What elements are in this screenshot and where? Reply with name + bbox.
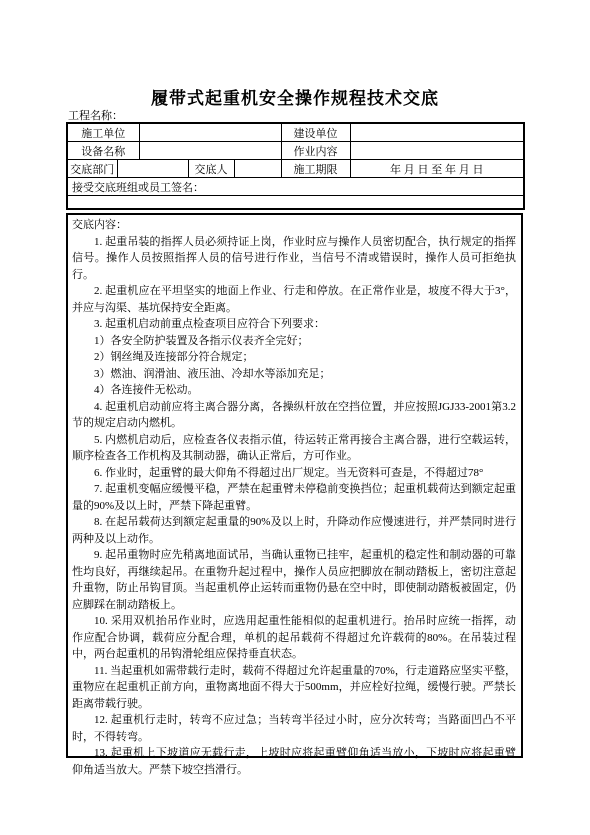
content-paragraph-10: 10. 采用双机抬吊作业时，应选用起重性能相似的起重机进行。抬吊时应统一指挥，动… xyxy=(72,613,516,663)
table-row xyxy=(67,196,524,210)
document-title: 履带式起重机安全操作规程技术交底 xyxy=(0,84,590,109)
signature-field[interactable] xyxy=(67,196,524,210)
disclosure-dept-field[interactable] xyxy=(117,160,188,178)
content-paragraph-6: 6. 作业时，起重臂的最大仰角不得超过出厂规定。当无资料可查是，不得超过78° xyxy=(72,465,516,482)
content-paragraph-1: 1. 起重吊装的指挥人员必须持证上岗，作业时应与操作人员密切配合，执行规定的指挥… xyxy=(72,234,516,284)
table-row: 设备名称 作业内容 xyxy=(67,142,524,160)
building-unit-field[interactable] xyxy=(350,123,524,142)
discloser-label: 交底人 xyxy=(188,160,234,178)
equipment-name-field[interactable] xyxy=(139,142,281,160)
construction-period-field[interactable]: 年 月 日 至 年 月 日 xyxy=(350,160,524,178)
content-paragraph-7: 7. 起重机变幅应缓慢平稳，严禁在起重臂未停稳前变换挡位；起重机载荷达到额定起重… xyxy=(72,481,516,514)
construction-unit-label: 施工单位 xyxy=(67,123,139,142)
discloser-field[interactable] xyxy=(234,160,281,178)
table-row: 交底部门 交底人 施工期限 年 月 日 至 年 月 日 xyxy=(67,160,524,178)
content-paragraph-2: 2. 起重机应在平坦坚实的地面上作业、行走和停放。在正常作业是，坡度不得大于3°… xyxy=(72,283,516,316)
work-content-field[interactable] xyxy=(350,142,524,160)
table-row: 施工单位 建设单位 xyxy=(67,123,524,142)
building-unit-label: 建设单位 xyxy=(281,123,350,142)
content-paragraph-4: 4. 起重机启动前应将主离合器分离，各操纵杆放在空挡位置，并应按照JGJ33-2… xyxy=(72,399,516,432)
signature-label: 接受交底班组或员工签名： xyxy=(67,178,524,196)
content-paragraph-8: 8. 在起吊载荷达到额定起重量的90%及以上时，升降动作应慢速进行，并严禁同时进… xyxy=(72,514,516,547)
disclosure-content-box: 交底内容： 1. 起重吊装的指挥人员必须持证上岗，作业时应与操作人员密切配合，执… xyxy=(66,213,523,758)
content-paragraph-3-sub-2: 2）钢丝绳及连接部分符合规定； xyxy=(72,349,516,366)
content-paragraph-3-sub-3: 3）燃油、润滑油、液压油、冷却水等添加充足； xyxy=(72,366,516,383)
document-page: 履带式起重机安全操作规程技术交底 工程名称： 施工单位 建设单位 设备名称 作业… xyxy=(0,0,590,835)
construction-period-label: 施工期限 xyxy=(281,160,350,178)
content-paragraph-3-sub-1: 1）各安全防护装置及各指示仪表齐全完好； xyxy=(72,333,516,350)
table-row: 接受交底班组或员工签名： xyxy=(67,178,524,196)
content-paragraph-5: 5. 内燃机启动后，应检查各仪表指示值，待运转正常再接合主离合器，进行空载运转，… xyxy=(72,432,516,465)
construction-unit-field[interactable] xyxy=(139,123,281,142)
content-paragraph-9: 9. 起吊重物时应先稍离地面试吊，当确认重物已挂牢，起重机的稳定性和制动器的可靠… xyxy=(72,547,516,613)
content-paragraph-12: 12. 起重机行走时，转弯不应过急；当转弯半径过小时，应分次转弯；当路面凹凸不平… xyxy=(72,712,516,745)
equipment-name-label: 设备名称 xyxy=(67,142,139,160)
project-name-label: 工程名称： xyxy=(68,107,123,123)
content-paragraph-3-sub-4: 4）各连接件无松动。 xyxy=(72,382,516,399)
content-heading: 交底内容： xyxy=(72,217,516,234)
content-paragraph-11: 11. 当起重机如需带载行走时，载荷不得超过允许起重量的70%，行走道路应坚实平… xyxy=(72,663,516,713)
content-paragraph-13: 13. 起重机上下坡道应无载行走，上坡时应将起重臂仰角适当放小，下坡时应将起重臂… xyxy=(72,745,516,778)
disclosure-dept-label: 交底部门 xyxy=(67,160,117,178)
info-table: 施工单位 建设单位 设备名称 作业内容 交底部门 交底人 施工期限 年 月 日 … xyxy=(66,122,525,210)
work-content-label: 作业内容 xyxy=(281,142,350,160)
content-paragraph-3: 3. 起重机启动前重点检查项目应符合下列要求： xyxy=(72,316,516,333)
